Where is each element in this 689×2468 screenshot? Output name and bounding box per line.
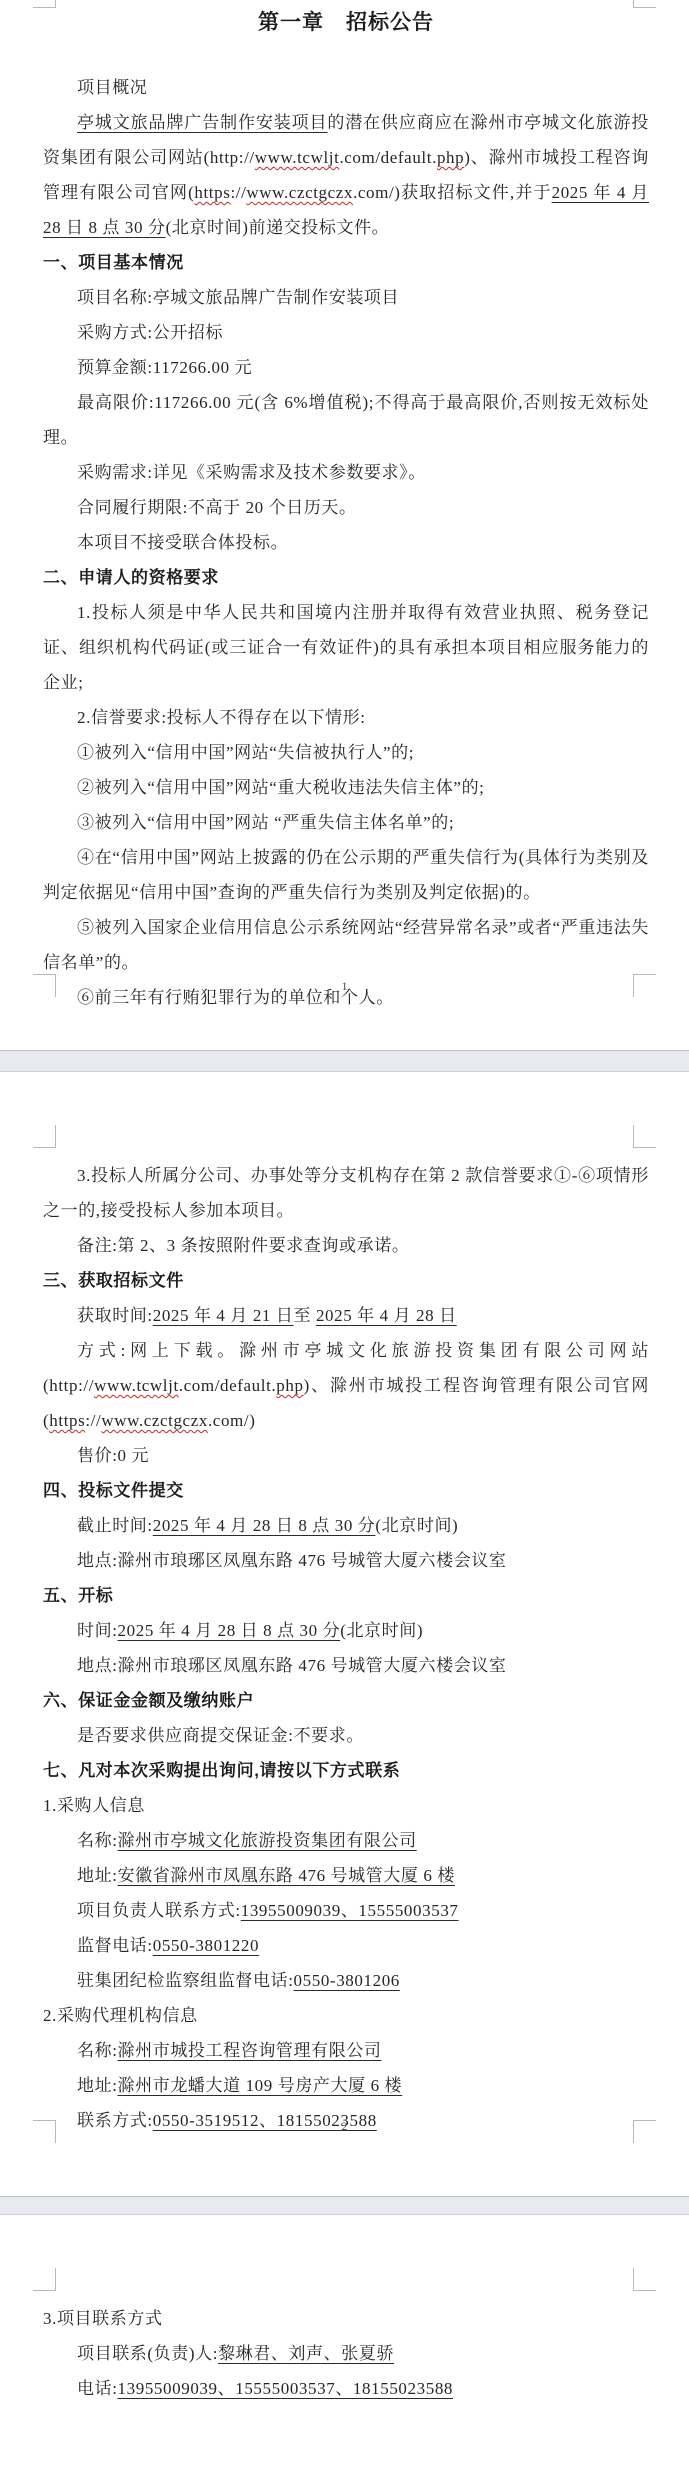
- margin-corner-mark: [633, 2268, 656, 2291]
- underlined-text: 滁州市龙蟠大道 109 号房产大厦 6 楼: [118, 2076, 403, 2095]
- text-run: 获取时间:: [77, 1306, 153, 1325]
- margin-corner-mark: [33, 1125, 56, 1148]
- spellcheck-flagged-text: www.czctgczx: [246, 183, 353, 202]
- text-run: .com/default.: [339, 148, 437, 167]
- document: 第一章 招标公告项目概况亭城文旅品牌广告制作安装项目的潜在供应商应在滁州市亭城文…: [0, 0, 689, 2468]
- page-2: 3.投标人所属分公司、办事处等分支机构存在第 2 款信誉要求①-⑥项情形之一的,…: [0, 1072, 689, 2196]
- page-1: 第一章 招标公告项目概况亭城文旅品牌广告制作安装项目的潜在供应商应在滁州市亭城文…: [0, 0, 689, 1050]
- text-run: 预算金额:117266.00 元: [77, 358, 252, 377]
- text-run: 本项目不接受联合体投标。: [77, 533, 288, 552]
- paragraph: ⑤被列入国家企业信用信息公示系统网站“经营异常名录”或者“严重违法失信名单”的。: [43, 910, 649, 980]
- text-run: 合同履行期限:不高于 20 个日历天。: [77, 498, 357, 517]
- underlined-text: 2025 年 4 月 28 日: [316, 1306, 457, 1325]
- text-run: ④在“信用中国”网站上披露的仍在公示期的严重失信行为(具体行为类别及判定依据见“…: [43, 848, 649, 902]
- section-heading: 二、申请人的资格要求: [43, 560, 649, 595]
- paragraph: ②被列入“信用中国”网站“重大税收违法失信主体”的;: [43, 770, 649, 805]
- paragraph: 截止时间:2025 年 4 月 28 日 8 点 30 分(北京时间): [43, 1508, 649, 1543]
- section-heading: 三、获取招标文件: [43, 1263, 649, 1298]
- text-run: ③被列入“信用中国”网站 “严重失信主体名单”的;: [77, 813, 454, 832]
- paragraph: ③被列入“信用中国”网站 “严重失信主体名单”的;: [43, 805, 649, 840]
- spellcheck-flagged-text: php: [437, 148, 464, 167]
- paragraph: 项目名称:亭城文旅品牌广告制作安装项目: [43, 280, 649, 315]
- paragraph: 地址:安徽省滁州市凤凰东路 476 号城管大厦 6 楼: [43, 1858, 649, 1893]
- paragraph: 项目概况: [43, 70, 649, 105]
- paragraph: 最高限价:117266.00 元(含 6%增值税);不得高于最高限价,否则按无效…: [43, 385, 649, 455]
- text-run: 电话:: [77, 2379, 118, 2398]
- text-run: 项目负责人联系方式:: [77, 1901, 241, 1920]
- text-run: 是否要求供应商提交保证金:不要求。: [77, 1726, 364, 1745]
- section-heading: 七、凡对本次采购提出询问,请按以下方式联系: [43, 1753, 649, 1788]
- margin-corner-mark: [33, 2268, 56, 2291]
- text-run: 四、投标文件提交: [43, 1481, 184, 1500]
- section-heading: 五、开标: [43, 1578, 649, 1613]
- text-run: 2.信誉要求:投标人不得存在以下情形:: [77, 708, 366, 727]
- paragraph: 地点:滁州市琅琊区凤凰东路 476 号城管大厦六楼会议室: [43, 1543, 649, 1578]
- underlined-text: 2025 年 4 月 28 日 8 点 30 分: [118, 1621, 341, 1640]
- text-run: .com/)获取招标文件,并于: [353, 183, 552, 202]
- paragraph: 1.投标人须是中华人民共和国境内注册并取得有效营业执照、税务登记证、组织机构代码…: [43, 595, 649, 700]
- paragraph: 地址:滁州市龙蟠大道 109 号房产大厦 6 楼: [43, 2068, 649, 2103]
- underlined-text: 滁州市亭城文化旅游投资集团有限公司: [118, 1831, 417, 1850]
- underlined-text: 0550-3801220: [153, 1936, 259, 1955]
- paragraph: 是否要求供应商提交保证金:不要求。: [43, 1718, 649, 1753]
- text-run: 名称:: [77, 1831, 118, 1850]
- paragraph: 监督电话:0550-3801220: [43, 1928, 649, 1963]
- page-number: 2: [0, 2119, 689, 2134]
- text-run: (北京时间): [375, 1516, 458, 1535]
- section-heading: 四、投标文件提交: [43, 1473, 649, 1508]
- page-3: 3.项目联系方式项目联系(负责)人:黎琳君、刘声、张夏骄电话:139550090…: [0, 2215, 689, 2468]
- paragraph: 电话:13955009039、15555003537、18155023588: [43, 2371, 649, 2406]
- paragraph: 亭城文旅品牌广告制作安装项目的潜在供应商应在滁州市亭城文化旅游投资集团有限公司网…: [43, 105, 649, 245]
- text-run: 3.项目联系方式: [43, 2309, 163, 2328]
- text-run: 项目联系(负责)人:: [77, 2344, 218, 2363]
- text-run: 2.采购代理机构信息: [43, 2006, 198, 2025]
- underlined-text: 2025 年 4 月 28 日 8 点 30 分: [153, 1516, 376, 1535]
- text-run: ://: [85, 1411, 101, 1430]
- paragraph: 名称:滁州市亭城文化旅游投资集团有限公司: [43, 1823, 649, 1858]
- paragraph: 项目联系(负责)人:黎琳君、刘声、张夏骄: [43, 2336, 649, 2371]
- underlined-text: 13955009039、15555003537、18155023588: [118, 2379, 454, 2398]
- text-run: 1.投标人须是中华人民共和国境内注册并取得有效营业执照、税务登记证、组织机构代码…: [43, 603, 649, 692]
- text-run: 驻集团纪检监察组监督电话:: [77, 1971, 294, 1990]
- page-2-content: 3.投标人所属分公司、办事处等分支机构存在第 2 款信誉要求①-⑥项情形之一的,…: [43, 1158, 649, 2138]
- paragraph: 2.采购代理机构信息: [43, 1998, 649, 2033]
- spellcheck-flagged-text: www.czctgczx: [101, 1411, 208, 1430]
- text-run: 一、项目基本情况: [43, 253, 184, 272]
- spellcheck-flagged-text: www.tcwljt: [255, 148, 340, 167]
- text-run: ://: [230, 183, 246, 202]
- underlined-text: 2025 年 4 月 21 日: [153, 1306, 294, 1325]
- text-run: 采购需求:详见《采购需求及技术参数要求》。: [77, 463, 426, 482]
- text-run: 备注:第 2、3 条按照附件要求查询或承诺。: [77, 1236, 409, 1255]
- text-run: (北京时间): [340, 1621, 423, 1640]
- paragraph: 时间:2025 年 4 月 28 日 8 点 30 分(北京时间): [43, 1613, 649, 1648]
- paragraph: 采购需求:详见《采购需求及技术参数要求》。: [43, 455, 649, 490]
- paragraph: 名称:滁州市城投工程咨询管理有限公司: [43, 2033, 649, 2068]
- paragraph: ④在“信用中国”网站上披露的仍在公示期的严重失信行为(具体行为类别及判定依据见“…: [43, 840, 649, 910]
- text-run: 七、凡对本次采购提出询问,请按以下方式联系: [43, 1761, 400, 1780]
- margin-corner-mark: [633, 1125, 656, 1148]
- text-run: 地点:滁州市琅琊区凤凰东路 476 号城管大厦六楼会议室: [77, 1656, 507, 1675]
- spellcheck-flagged-text: www.tcwljt: [94, 1376, 179, 1395]
- underlined-text: 滁州市城投工程咨询管理有限公司: [118, 2041, 382, 2060]
- paragraph: 采购方式:公开招标: [43, 315, 649, 350]
- paragraph: 3.投标人所属分公司、办事处等分支机构存在第 2 款信誉要求①-⑥项情形之一的,…: [43, 1158, 649, 1228]
- paragraph: 项目负责人联系方式:13955009039、15555003537: [43, 1893, 649, 1928]
- paragraph: ①被列入“信用中国”网站“失信被执行人”的;: [43, 735, 649, 770]
- text-run: 3.投标人所属分公司、办事处等分支机构存在第 2 款信誉要求①-⑥项情形之一的,…: [43, 1166, 649, 1220]
- underlined-text: 0550-3801206: [294, 1971, 400, 1990]
- text-run: 最高限价:117266.00 元(含 6%增值税);不得高于最高限价,否则按无效…: [43, 393, 649, 447]
- paragraph: 驻集团纪检监察组监督电话:0550-3801206: [43, 1963, 649, 1998]
- text-run: 1.采购人信息: [43, 1796, 145, 1815]
- underlined-text: 亭城文旅品牌广告制作安装项目: [77, 113, 327, 132]
- text-run: 至: [293, 1306, 315, 1325]
- text-run: 监督电话:: [77, 1936, 153, 1955]
- page-number: 1: [0, 979, 689, 994]
- spellcheck-flagged-text: php: [276, 1376, 303, 1395]
- text-run: ②被列入“信用中国”网站“重大税收违法失信主体”的;: [77, 778, 485, 797]
- page-3-content: 3.项目联系方式项目联系(负责)人:黎琳君、刘声、张夏骄电话:139550090…: [43, 2301, 649, 2406]
- text-run: 地址:: [77, 2076, 118, 2095]
- paragraph: 1.采购人信息: [43, 1788, 649, 1823]
- underlined-text: 13955009039、15555003537: [241, 1901, 459, 1920]
- text-run: 六、保证金金额及缴纳账户: [43, 1691, 254, 1710]
- underlined-text: 黎琳君、刘声、张夏骄: [218, 2344, 394, 2363]
- text-run: 三、获取招标文件: [43, 1271, 184, 1290]
- text-run: 二、申请人的资格要求: [43, 568, 219, 587]
- paragraph: 地点:滁州市琅琊区凤凰东路 476 号城管大厦六楼会议室: [43, 1648, 649, 1683]
- paragraph: 预算金额:117266.00 元: [43, 350, 649, 385]
- text-run: 地点:滁州市琅琊区凤凰东路 476 号城管大厦六楼会议室: [77, 1551, 507, 1570]
- spellcheck-flagged-text: https: [194, 183, 230, 202]
- text-run: 售价:0 元: [77, 1446, 149, 1465]
- text-run: 五、开标: [43, 1586, 113, 1605]
- text-run: ①被列入“信用中国”网站“失信被执行人”的;: [77, 743, 414, 762]
- paragraph: 售价:0 元: [43, 1438, 649, 1473]
- paragraph: 2.信誉要求:投标人不得存在以下情形:: [43, 700, 649, 735]
- text-run: .com/): [208, 1411, 256, 1430]
- chapter-title: 第一章 招标公告: [43, 0, 649, 38]
- text-run: 地址:: [77, 1866, 118, 1885]
- section-heading: 六、保证金金额及缴纳账户: [43, 1683, 649, 1718]
- text-run: 第一章 招标公告: [258, 11, 434, 34]
- page-break-gap: [0, 1050, 689, 1072]
- page-break-gap: [0, 2196, 689, 2215]
- text-run: 时间:: [77, 1621, 118, 1640]
- text-run: 采购方式:公开招标: [77, 323, 223, 342]
- paragraph: 本项目不接受联合体投标。: [43, 525, 649, 560]
- paragraph: 方式:网上下载。滁州市亭城文化旅游投资集团有限公司网站(http://www.t…: [43, 1333, 649, 1438]
- paragraph: 备注:第 2、3 条按照附件要求查询或承诺。: [43, 1228, 649, 1263]
- spellcheck-flagged-text: https: [49, 1411, 85, 1430]
- text-run: ⑤被列入国家企业信用信息公示系统网站“经营异常名录”或者“严重违法失信名单”的。: [43, 918, 649, 972]
- underlined-text: 安徽省滁州市凤凰东路 476 号城管大厦 6 楼: [118, 1866, 455, 1885]
- text-run: .com/default.: [179, 1376, 277, 1395]
- text-run: 截止时间:: [77, 1516, 153, 1535]
- paragraph: 获取时间:2025 年 4 月 21 日至 2025 年 4 月 28 日: [43, 1298, 649, 1333]
- text-run: 项目概况: [77, 78, 147, 97]
- paragraph: 3.项目联系方式: [43, 2301, 649, 2336]
- section-heading: 一、项目基本情况: [43, 245, 649, 280]
- text-run: 名称:: [77, 2041, 118, 2060]
- text-run: (北京时间)前递交投标文件。: [166, 218, 390, 237]
- paragraph: 合同履行期限:不高于 20 个日历天。: [43, 490, 649, 525]
- text-run: 项目名称:亭城文旅品牌广告制作安装项目: [77, 288, 399, 307]
- page-1-content: 第一章 招标公告项目概况亭城文旅品牌广告制作安装项目的潜在供应商应在滁州市亭城文…: [43, 0, 649, 1015]
